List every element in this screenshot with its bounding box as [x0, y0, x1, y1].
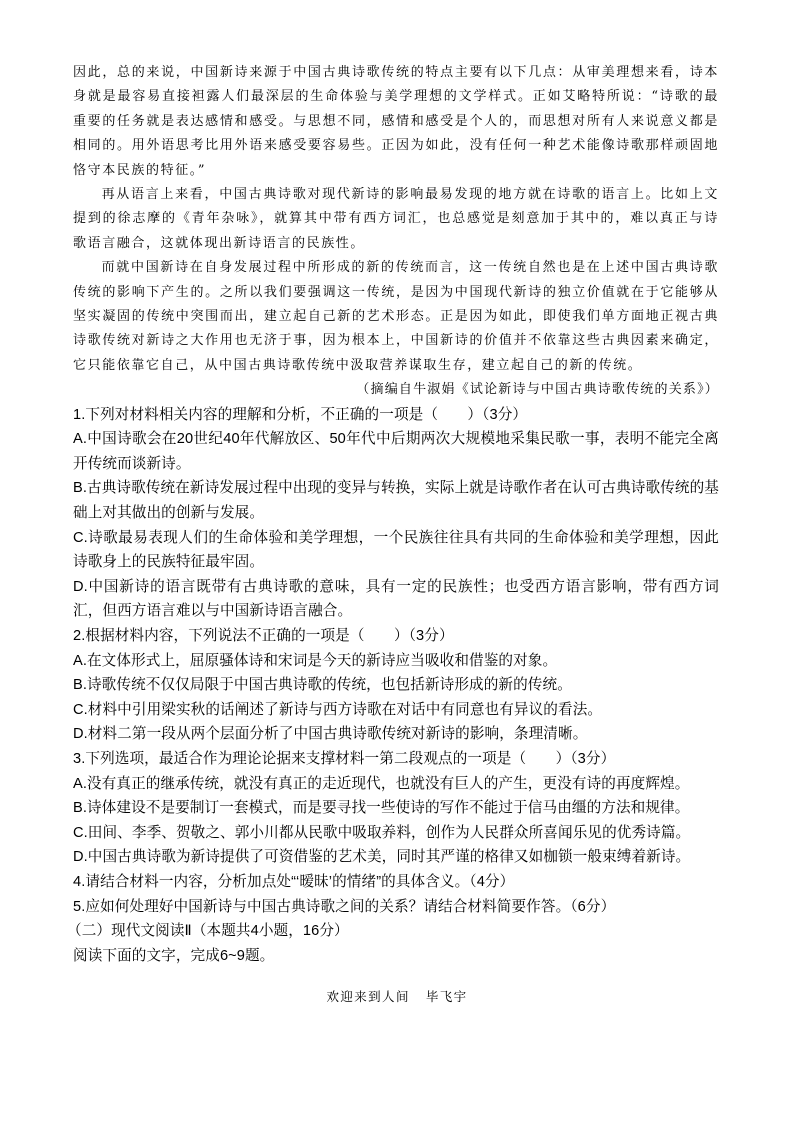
question-3-option-b: B.诗体建设不是要制订一套模式，而是要寻找一些使诗的写作不能过于信马由缰的方法和… — [73, 796, 719, 821]
question-5: 5.应如何处理好中国新诗与中国古典诗歌之间的关系？请结合材料简要作答。（6分） — [73, 895, 719, 920]
passage-paragraph-3: 而就中国新诗在自身发展过程中所形成的新的传统而言，这一传统自然也是在上述中国古典… — [73, 256, 719, 378]
question-2-option-c: C.材料中引用梁实秋的话阐述了新诗与西方诗歌在对话中有同意也有异议的看法。 — [73, 698, 719, 723]
question-2-option-b: B.诗歌传统不仅仅局限于中国古典诗歌的传统，也包括新诗形成的新的传统。 — [73, 673, 719, 698]
question-1-stem: 1.下列对材料相关内容的理解和分析，不正确的一项是（ ）（3分） — [73, 403, 719, 428]
section-heading: （二）现代文阅读Ⅱ（本题共4小题，16分） — [67, 919, 719, 944]
question-1-option-b: B.古典诗歌传统在新诗发展过程中出现的变异与转换，实际上就是诗歌作者在认可古典诗… — [73, 476, 719, 525]
question-1-option-a: A.中国诗歌会在20世纪40年代解放区、50年代中后期两次大规模地采集民歌一事，… — [73, 427, 719, 476]
article-author: 毕飞宇 — [426, 989, 468, 1004]
question-2-option-a: A.在文体形式上，屈原骚体诗和宋词是今天的新诗应当吸收和借鉴的对象。 — [73, 649, 719, 674]
question-3-option-d: D.中国古典诗歌为新诗提供了可资借鉴的艺术美，同时其严谨的格律又如枷锁一般束缚着… — [73, 845, 719, 870]
question-3-option-c: C.田间、李季、贺敬之、郭小川都从民歌中吸取养料，创作为人民群众所喜闻乐见的优秀… — [73, 821, 719, 846]
reading-passage: 因此，总的来说，中国新诗来源于中国古典诗歌传统的特点主要有以下几点：从审美理想来… — [73, 61, 719, 403]
question-2-stem: 2.根据材料内容，下列说法不正确的一项是（ ）（3分） — [73, 624, 719, 649]
question-2-option-d: D.材料二第一段从两个层面分析了中国古典诗歌传统对新诗的影响，条理清晰。 — [73, 722, 719, 747]
exam-page: 因此，总的来说，中国新诗来源于中国古典诗歌传统的特点主要有以下几点：从审美理想来… — [73, 61, 719, 968]
question-4: 4.请结合材料一内容，分析加点处“‘暧昧’的情绪”的具体含义。（4分） — [73, 870, 719, 895]
question-1-option-d: D.中国新诗的语言既带有古典诗歌的意味，具有一定的民族性；也受西方语言影响，带有… — [73, 575, 719, 624]
article-title: 欢迎来到人间 — [326, 989, 409, 1004]
passage-paragraph-2: 再从语言上来看，中国古典诗歌对现代新诗的影响最易发现的地方就在诗歌的语言上。比如… — [73, 183, 719, 256]
question-list: 1.下列对材料相关内容的理解和分析，不正确的一项是（ ）（3分） A.中国诗歌会… — [73, 403, 719, 969]
passage-paragraph-1: 因此，总的来说，中国新诗来源于中国古典诗歌传统的特点主要有以下几点：从审美理想来… — [73, 61, 719, 183]
question-3-stem: 3.下列选项，最适合作为理论论据来支撑材料一第二段观点的一项是（ ）（3分） — [73, 747, 719, 772]
reading-instruction: 阅读下面的文字，完成6~9题。 — [73, 944, 719, 969]
passage-source-citation: （摘编自牛淑娟《试论新诗与中国古典诗歌传统的关系》） — [73, 378, 719, 402]
question-3-option-a: A.没有真正的继承传统，就没有真正的走近现代，也就没有巨人的产生，更没有诗的再度… — [73, 772, 719, 797]
article-title-line: 欢迎来到人间毕飞宇 — [0, 987, 794, 1007]
question-1-option-c: C.诗歌最易表现人们的生命体验和美学理想，一个民族往往具有共同的生命体验和美学理… — [73, 526, 719, 575]
